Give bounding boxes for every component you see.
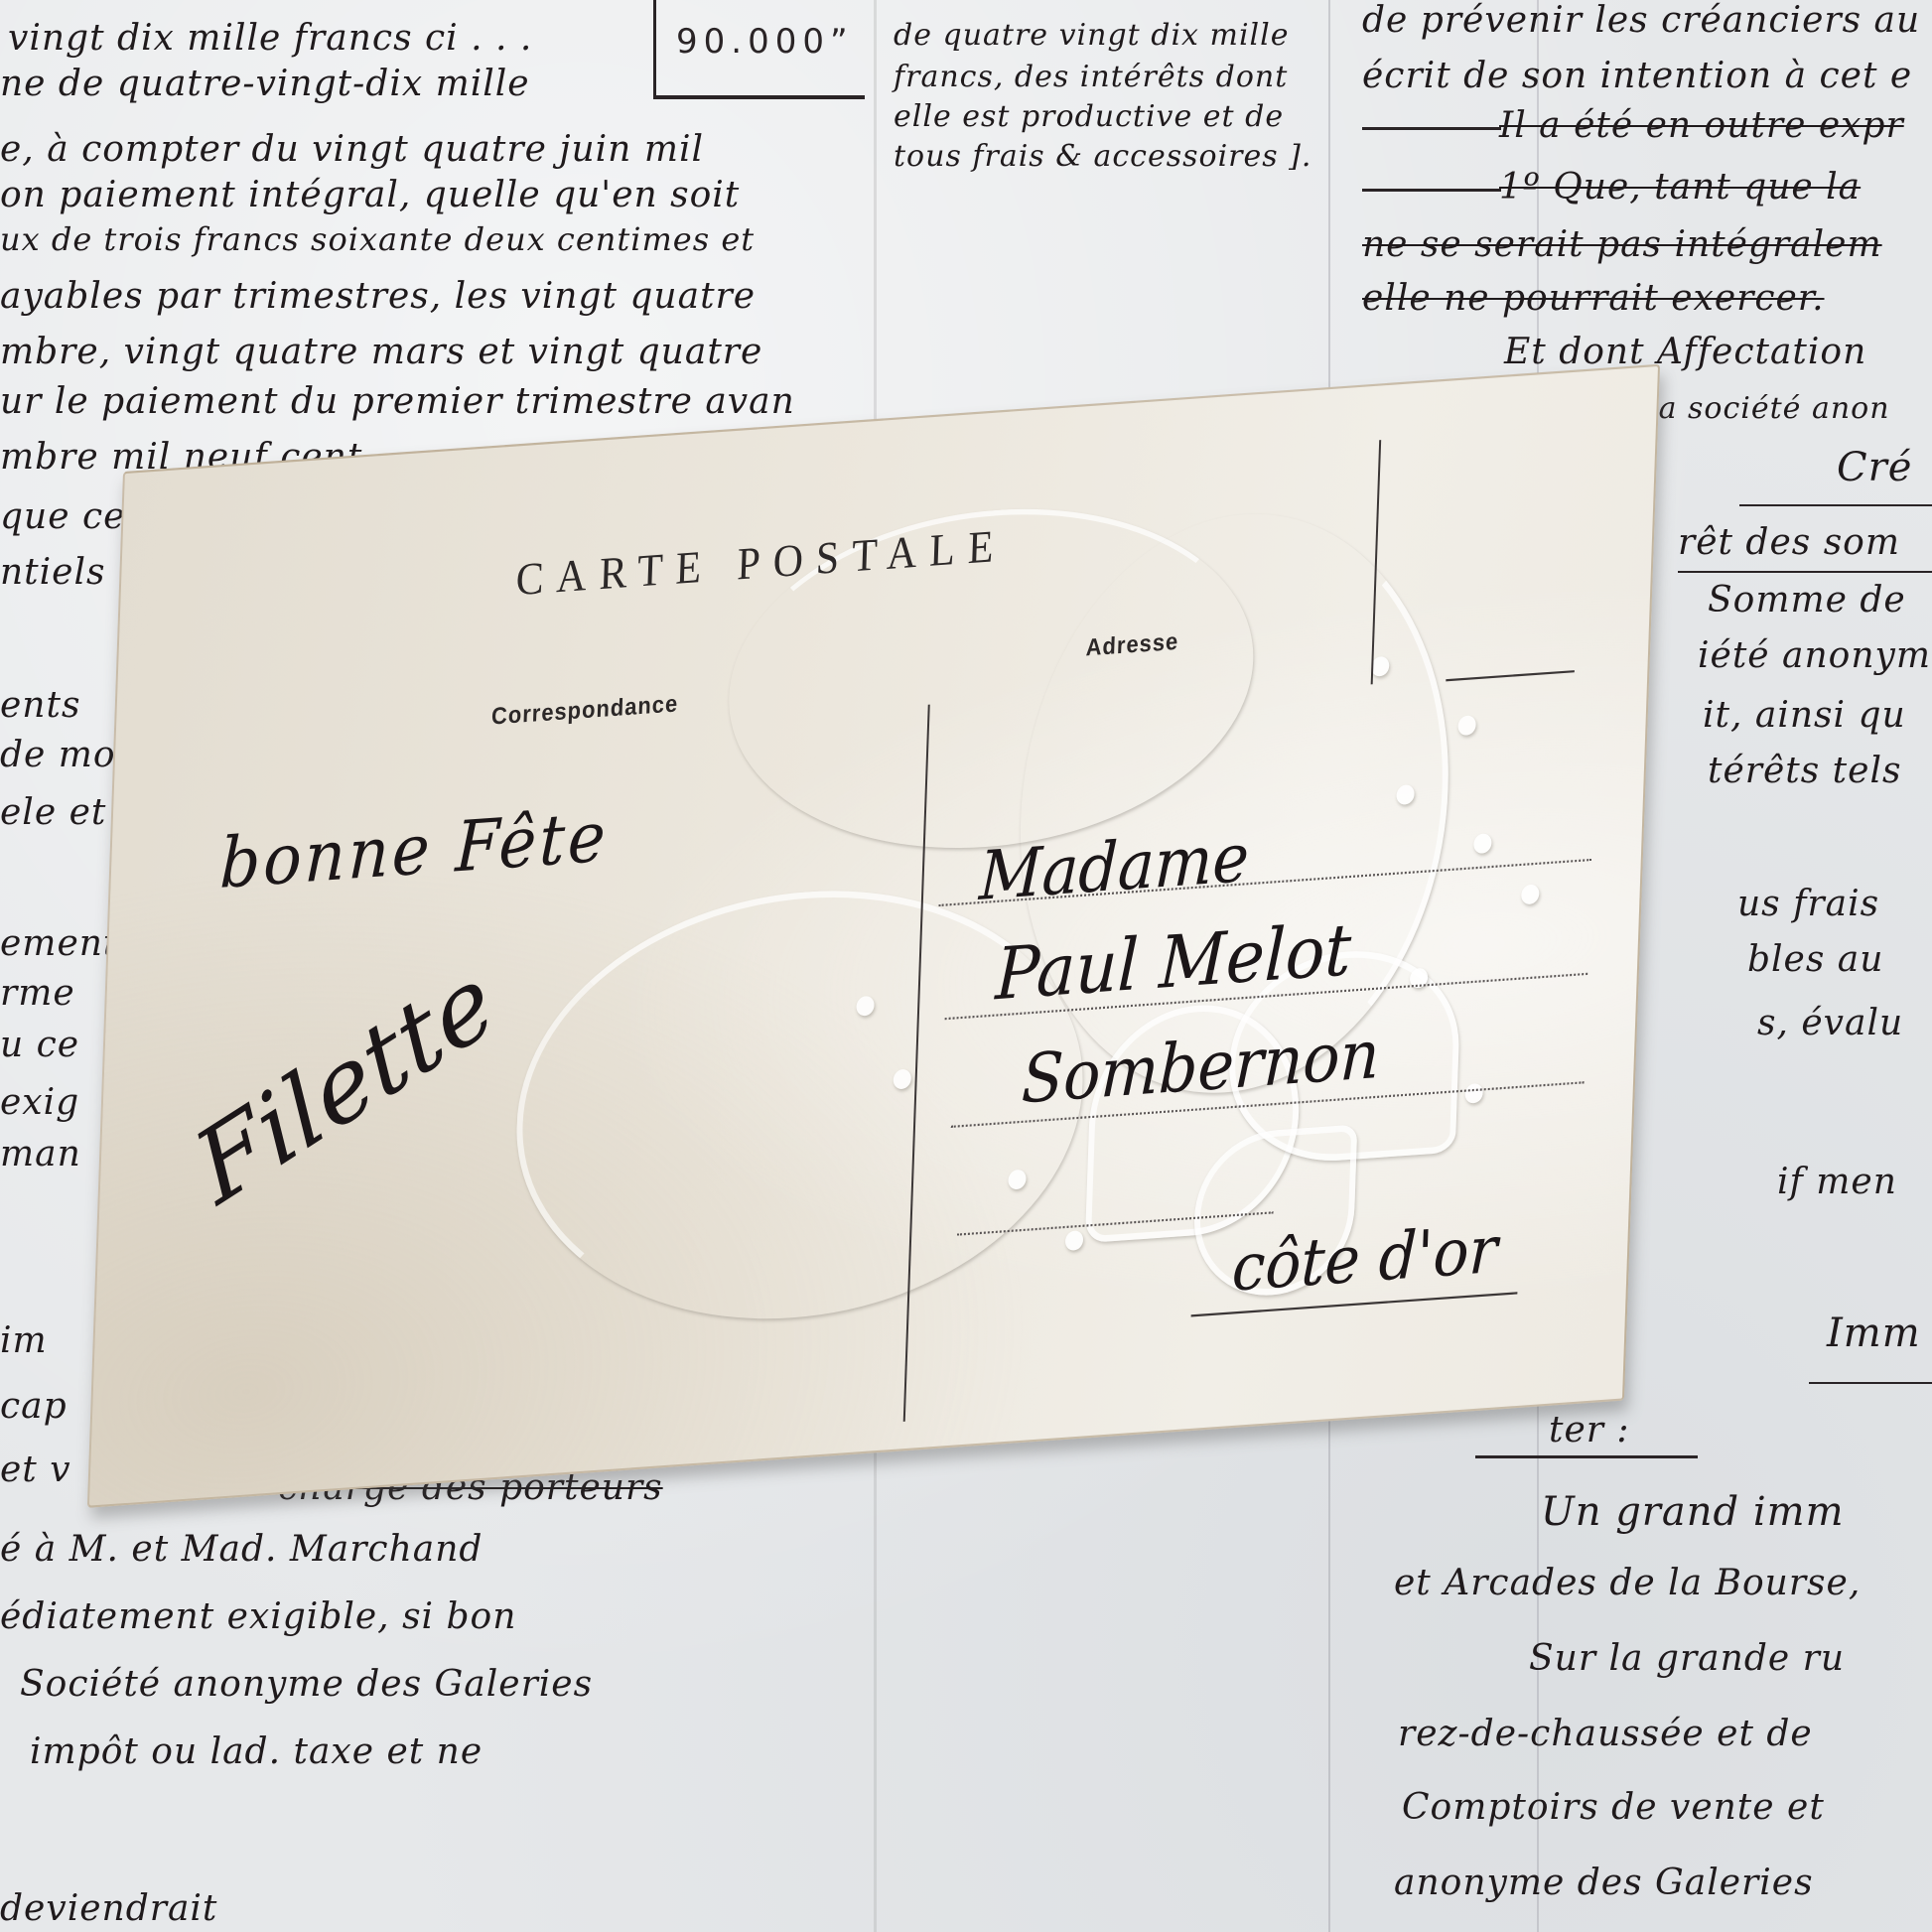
- document-line: e, à compter du vingt quatre juin mil: [0, 129, 704, 170]
- document-line: ter :: [1549, 1410, 1630, 1450]
- document-line: Sur la grande ru: [1529, 1638, 1845, 1679]
- amount-value: 90.000”: [676, 22, 854, 62]
- document-line: térêts tels: [1708, 751, 1901, 791]
- document-line: iété anonym: [1698, 635, 1931, 676]
- document-line: on paiement intégral, quelle qu'en soit: [0, 175, 740, 215]
- document-line: bles au: [1747, 939, 1883, 980]
- document-line: et v: [0, 1449, 71, 1490]
- document-line: Comptoirs de vente et: [1402, 1787, 1825, 1828]
- heading-rule: [1475, 1455, 1698, 1458]
- document-line: im: [0, 1320, 48, 1361]
- document-line: Et dont Affectation: [1504, 332, 1866, 372]
- document-line: exig: [0, 1082, 79, 1123]
- document-line: é à M. et Mad. Marchand: [0, 1529, 483, 1570]
- handwritten-signature: Filette: [179, 941, 511, 1227]
- document-line: rêt des som: [1678, 522, 1900, 563]
- document-line: francs, des intérêts dont: [894, 60, 1288, 94]
- document-line: rme: [0, 973, 75, 1014]
- embossed-flower: [1457, 715, 1476, 736]
- document-line: rez-de-chaussée et de: [1398, 1714, 1813, 1754]
- correspondence-label: Correspondance: [491, 690, 679, 732]
- document-line-struck: ne se serait pas intégralem: [1362, 224, 1882, 265]
- document-line: tous frais & accessoires ].: [894, 139, 1311, 174]
- document-line: Un grand imm: [1541, 1489, 1845, 1535]
- document-line: Somme de: [1708, 580, 1906, 621]
- strike-arrow: [1362, 127, 1501, 130]
- document-line: anonyme des Galeries: [1394, 1863, 1814, 1903]
- document-line: us frais: [1737, 884, 1879, 924]
- document-line: écrit de son intention à cet e: [1362, 56, 1912, 96]
- document-heading: Imm: [1827, 1311, 1921, 1356]
- amount-box: 90.000”: [653, 0, 865, 99]
- postcard: CARTE POSTALE Correspondance Adresse bon…: [87, 364, 1660, 1508]
- document-line: deviendrait: [0, 1888, 217, 1929]
- document-line: cap: [0, 1386, 68, 1427]
- strike-arrow: [1362, 189, 1501, 192]
- document-line-struck: Il a été en outre expr: [1499, 105, 1904, 146]
- document-line: ux de trois francs soixante deux centime…: [0, 220, 755, 258]
- embossed-flower: [1065, 1230, 1084, 1251]
- heading-rule: [1809, 1382, 1932, 1384]
- document-line: if men: [1777, 1162, 1897, 1202]
- embossed-flower: [1473, 833, 1492, 854]
- document-line: Société anonyme des Galeries: [20, 1664, 593, 1705]
- document-line: vingt dix mille francs ci . . .: [8, 18, 532, 59]
- document-line: et Arcades de la Bourse,: [1394, 1563, 1861, 1603]
- stamp-box-edge: [1446, 670, 1575, 681]
- document-line: de prévenir les créanciers au: [1362, 0, 1920, 41]
- document-line: édiatement exigible, si bon: [0, 1596, 516, 1637]
- document-line: la société anon: [1648, 391, 1890, 426]
- document-line: man: [0, 1134, 81, 1174]
- document-line: s, évalu: [1757, 1003, 1903, 1043]
- document-line: impôt ou lad. taxe et ne: [30, 1731, 483, 1772]
- handwritten-message: bonne Fête: [218, 797, 610, 904]
- document-line: it, ainsi qu: [1703, 695, 1906, 736]
- document-line: u ce: [0, 1025, 79, 1065]
- document-line: elle est productive et de: [894, 99, 1284, 134]
- document-line: ur le paiement du premier trimestre avan: [0, 381, 795, 422]
- document-heading: Cré: [1837, 445, 1912, 490]
- embossed-flower: [1521, 884, 1540, 904]
- document-line: mbre, vingt quatre mars et vingt quatre: [0, 332, 762, 372]
- document-line: de quatre vingt dix mille: [894, 18, 1290, 53]
- document-line: ents: [0, 685, 80, 726]
- heading-rule: [1739, 504, 1932, 506]
- document-line: ntiels: [0, 552, 105, 593]
- embossed-flower: [1464, 1083, 1483, 1104]
- document-line: ayables par trimestres, les vingt quatre: [0, 276, 756, 317]
- heading-rule: [1678, 571, 1932, 573]
- document-line: de mo: [0, 735, 116, 775]
- document-line-struck: elle ne pourrait exercer.: [1362, 278, 1825, 319]
- document-line: que ce: [0, 496, 125, 537]
- document-line: ne de quatre-vingt-dix mille: [0, 64, 530, 104]
- document-line-struck: 1º Que, tant que la: [1499, 167, 1861, 207]
- document-line: ement: [0, 923, 118, 964]
